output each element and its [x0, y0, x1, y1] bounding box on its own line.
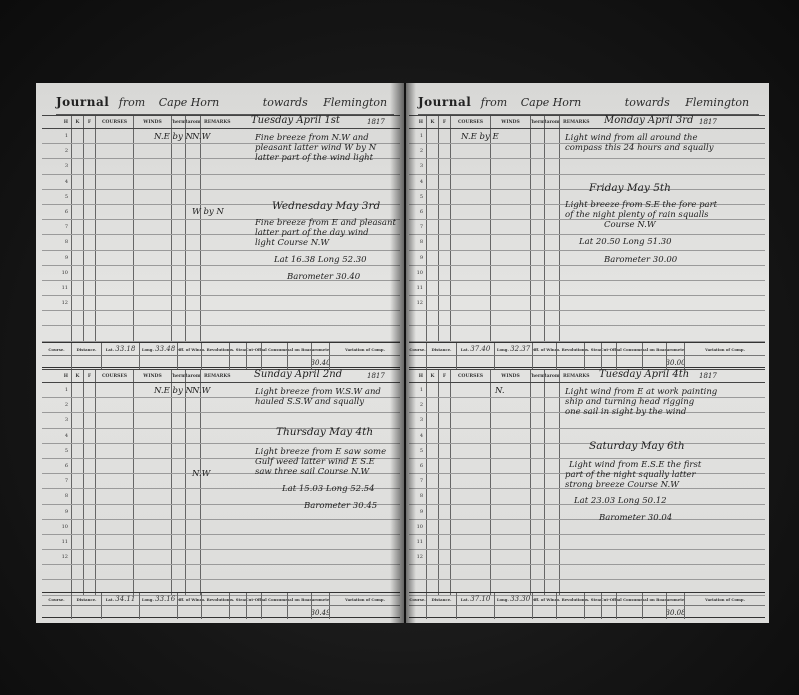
hour-number: 2 [42, 144, 72, 158]
day-header: Thursday May 4th [276, 427, 373, 437]
hour-number: 4 [42, 175, 72, 189]
col-barom: Barom. [186, 370, 201, 382]
hour-number: 8 [42, 489, 72, 503]
hour-number: 10 [42, 520, 72, 534]
summary-label: Lbs. Steam. [585, 593, 602, 605]
hour-number: 7 [409, 474, 427, 488]
summary-label: Barometer. [667, 343, 685, 355]
hour-number: 4 [42, 429, 72, 443]
hour-number: 6 [42, 205, 72, 219]
remark-line: Light breeze from E saw some [255, 447, 386, 457]
hour-number: 4 [409, 175, 427, 189]
winds-entry: N. [495, 386, 505, 396]
long-value: 33.30 [510, 595, 530, 603]
journal-title: Journal from Cape Horn towards Flemingto… [56, 95, 394, 115]
summary-label: Lat. [106, 597, 114, 602]
towards-place: Flemington [685, 96, 749, 109]
remark-line: part of the night squally latter [565, 470, 696, 480]
summary-label: Coal Consumed. [262, 343, 288, 355]
from-place: Cape Horn [521, 96, 582, 109]
barometer-value: 30.49 [312, 606, 330, 619]
hour-number: 7 [409, 220, 427, 234]
lat-value: 34.11 [115, 595, 135, 603]
col-k: K [72, 116, 84, 128]
winds-entry: N.W [192, 386, 210, 396]
hour-number: 7 [42, 474, 72, 488]
lat-value: 37.40 [470, 345, 490, 353]
hour-number: 3 [42, 159, 72, 173]
summary-label: Coal on Board. [288, 593, 312, 605]
hour-number: 1 [409, 129, 427, 143]
right-page: Journal from Cape Horn towards Flemingto… [406, 83, 769, 623]
hour-number: 1 [42, 129, 72, 143]
summary-label: No. Revolutions. [557, 593, 585, 605]
hour-number: 6 [42, 459, 72, 473]
entry-date-header: Sunday April 2nd [254, 370, 342, 380]
summary-label: Cut-Off. [247, 343, 262, 355]
winds-entry: N.W [192, 132, 210, 142]
long-value: 33.48 [155, 345, 175, 353]
courses-entry: N.E by N [154, 132, 193, 142]
remark-line: pleasant latter wind W by N [255, 143, 376, 153]
entry-year: 1817 [699, 371, 717, 381]
summary-label: Coal on Board. [288, 343, 312, 355]
summary-label: Coal Consumed. [617, 343, 643, 355]
summary-label: Lbs. Steam. [230, 593, 247, 605]
lat-value: 37.10 [470, 595, 490, 603]
hour-number: 9 [409, 505, 427, 519]
col-courses: COURSES [96, 116, 134, 128]
hour-number: 9 [42, 505, 72, 519]
hour-number: 10 [409, 520, 427, 534]
col-h: H [42, 370, 72, 382]
col-winds: WINDS [134, 116, 172, 128]
summary-label: Coal on Board. [643, 593, 667, 605]
hour-number: 11 [409, 281, 427, 295]
from-label: from [481, 96, 507, 109]
col-f: F [439, 370, 451, 382]
summary-label: Distance. [427, 593, 457, 605]
summary-label: Course. [409, 593, 427, 605]
col-winds: WINDS [134, 370, 172, 382]
remark-line: ship and turning head rigging [565, 397, 694, 407]
column-header-row: H K F COURSES WINDS Therm. Barom. REMARK… [42, 369, 400, 383]
from-label: from [119, 96, 145, 109]
summary-label: Cut-Off. [602, 593, 617, 605]
summary-label: Course. [42, 593, 72, 605]
col-winds: WINDS [491, 370, 531, 382]
barometer-entry: Barometer 30.45 [304, 501, 377, 511]
col-barom: Barom. [545, 370, 560, 382]
hour-number: 11 [42, 535, 72, 549]
hour-rows: 1 2 3 4 5 6 7 8 9 10 11 12 [409, 129, 765, 342]
hour-number: 10 [409, 266, 427, 280]
barometer-value: 30.08 [667, 606, 685, 619]
hour-number: 12 [42, 550, 72, 564]
barometer-value: 30.00 [667, 356, 685, 369]
hour-number: 8 [42, 235, 72, 249]
courses-entry: N.E by N [154, 386, 193, 396]
entry-year: 1817 [367, 371, 385, 381]
remark-line: latter part of the wind light [255, 153, 373, 163]
remark-line: Light breeze from W.S.W and [255, 387, 381, 397]
log-section-top: H K F COURSES WINDS Therm. Barom. REMARK… [42, 115, 400, 342]
hour-number: 5 [42, 444, 72, 458]
entry-year: 1817 [699, 117, 717, 127]
summary-label: Distance. [72, 593, 102, 605]
remark-line: hauled S.S.W and squally [255, 397, 364, 407]
summary-label: Variation of Comp. [685, 343, 765, 355]
long-value: 33.16 [155, 595, 175, 603]
hour-number: 8 [409, 489, 427, 503]
summary-label: Long. [142, 347, 154, 352]
remark-line: latter part of the day wind [255, 228, 369, 238]
col-h: H [42, 116, 72, 128]
journal-label: Journal [418, 95, 471, 109]
from-place: Cape Horn [159, 96, 220, 109]
summary-label: Cut-Off. [602, 343, 617, 355]
remark-line: light Course N.W [255, 238, 329, 248]
hour-number: 6 [409, 459, 427, 473]
col-k: K [72, 370, 84, 382]
summary-row-top: Course. Distance. Lat. 37.40 Long. 32.37… [409, 342, 765, 368]
hour-number: 11 [42, 281, 72, 295]
hour-number: 9 [42, 251, 72, 265]
col-f: F [84, 370, 96, 382]
position-entry: Lat 20.50 Long 51.30 [579, 237, 672, 247]
day-header: Wednesday May 3rd [272, 201, 380, 211]
col-courses: COURSES [451, 370, 491, 382]
column-header-row: H K F COURSES WINDS Therm. Barom. REMARK… [42, 115, 400, 129]
hour-number: 6 [409, 205, 427, 219]
barometer-entry: Barometer 30.40 [287, 272, 360, 282]
hour-number: 10 [42, 266, 72, 280]
hour-number: 9 [409, 251, 427, 265]
summary-label: Lat. [461, 347, 469, 352]
col-therm: Therm. [172, 370, 186, 382]
remark-line: saw three sail Course N.W [255, 467, 369, 477]
position-entry: Lat 15.03 Long 52.54 [282, 484, 375, 494]
hour-number: 12 [409, 296, 427, 310]
lat-value: 33.18 [115, 345, 135, 353]
summary-label: Long. [497, 347, 509, 352]
hour-number: 4 [409, 429, 427, 443]
col-winds: WINDS [491, 116, 531, 128]
hour-number: 5 [42, 190, 72, 204]
summary-label: No. Revolutions. [557, 343, 585, 355]
summary-label: Course. [42, 343, 72, 355]
summary-label: Coal Consumed. [617, 593, 643, 605]
summary-label: Variation of Comp. [330, 593, 400, 605]
day-header: Friday May 5th [589, 183, 671, 193]
summary-label: Lbs. Steam. [585, 343, 602, 355]
col-h: H [409, 116, 427, 128]
hour-number: 1 [42, 383, 72, 397]
remark-line: of the night plenty of rain squalls [565, 210, 709, 220]
summary-row-top: Course. Distance. Lat. 33.18 Long. 33.48… [42, 342, 400, 368]
barometer-entry: Barometer 30.04 [599, 513, 672, 523]
open-logbook: Journal from Cape Horn towards Flemingto… [36, 83, 769, 623]
entry-date-header: Tuesday April 4th [599, 370, 689, 380]
summary-label: Diff. of Wind. [178, 343, 202, 355]
summary-label: Diff. of Wind. [533, 593, 557, 605]
position-entry: Lat 16.38 Long 52.30 [274, 255, 367, 265]
col-therm: Therm. [531, 370, 545, 382]
col-h: H [409, 370, 427, 382]
remark-line: one sail in sight by the wind [565, 407, 686, 417]
hour-number: 5 [409, 190, 427, 204]
barometer-value: 30.40 [312, 356, 330, 369]
summary-label: Distance. [427, 343, 457, 355]
log-section-bottom: H K F COURSES WINDS Therm. Barom. REMARK… [409, 369, 765, 596]
hour-number: 7 [42, 220, 72, 234]
summary-label: Coal on Board. [643, 343, 667, 355]
courses-entry: N.E by E [461, 132, 499, 142]
remark-line: Fine breeze from E and pleasant [255, 218, 396, 228]
remark-line: Light wind from E.S.E the first [569, 460, 701, 470]
summary-label: Lat. [461, 597, 469, 602]
long-value: 32.37 [510, 345, 530, 353]
summary-label: Lat. [106, 347, 114, 352]
summary-label: Barometer. [667, 593, 685, 605]
col-f: F [439, 116, 451, 128]
towards-place: Flemington [323, 96, 387, 109]
remark-line: compass this 24 hours and squally [565, 143, 714, 153]
hour-number: 1 [409, 383, 427, 397]
hour-number: 3 [409, 159, 427, 173]
hour-number: 8 [409, 235, 427, 249]
col-f: F [84, 116, 96, 128]
summary-label: Distance. [72, 343, 102, 355]
hour-number: 3 [42, 413, 72, 427]
summary-label: Long. [497, 597, 509, 602]
remark-line: strong breeze Course N.W [565, 480, 679, 490]
hour-number: 11 [409, 535, 427, 549]
hour-number: 2 [409, 144, 427, 158]
hour-number: 2 [42, 398, 72, 412]
summary-label: Variation of Comp. [685, 593, 765, 605]
summary-label: Lbs. Steam. [230, 343, 247, 355]
summary-label: Barometer. [312, 343, 330, 355]
summary-label: Cut-Off. [247, 593, 262, 605]
hour-number: 2 [409, 398, 427, 412]
entry-year: 1817 [367, 117, 385, 127]
summary-label: Diff. of Wind. [178, 593, 202, 605]
remark-line: Light breeze from S.E the fore part [565, 200, 717, 210]
journal-title: Journal from Cape Horn towards Flemingto… [418, 95, 759, 115]
remark-line: Light wind from E at work painting [565, 387, 717, 397]
col-k: K [427, 116, 439, 128]
remark-line: Course N.W [604, 220, 656, 230]
towards-label: towards [263, 96, 308, 109]
col-courses: COURSES [451, 116, 491, 128]
entry-date-header: Tuesday April 1st [251, 116, 340, 126]
summary-label: No. Revolutions. [202, 343, 230, 355]
summary-row-bottom: Course. Distance. Lat. 34.11 Long. 33.16… [42, 592, 400, 618]
col-therm: Therm. [531, 116, 545, 128]
summary-label: Diff. of Wind. [533, 343, 557, 355]
col-courses: COURSES [96, 370, 134, 382]
hour-number: 12 [409, 550, 427, 564]
col-barom: Barom. [545, 116, 560, 128]
barometer-entry: Barometer 30.00 [604, 255, 677, 265]
col-k: K [427, 370, 439, 382]
journal-label: Journal [56, 95, 109, 109]
left-page: Journal from Cape Horn towards Flemingto… [36, 83, 404, 623]
col-barom: Barom. [186, 116, 201, 128]
hour-number: 5 [409, 444, 427, 458]
col-therm: Therm. [172, 116, 186, 128]
winds-entry: N.W [192, 469, 210, 479]
log-section-top: H K F COURSES WINDS Therm. Barom. REMARK… [409, 115, 765, 342]
summary-label: Variation of Comp. [330, 343, 400, 355]
hour-number: 12 [42, 296, 72, 310]
winds-entry: W by N [192, 207, 224, 217]
summary-label: Course. [409, 343, 427, 355]
summary-label: Barometer. [312, 593, 330, 605]
hour-number: 3 [409, 413, 427, 427]
remark-line: Gulf weed latter wind E S.E [255, 457, 375, 467]
entry-date-header: Monday April 3rd [604, 116, 693, 126]
day-header: Saturday May 6th [589, 441, 685, 451]
summary-label: No. Revolutions. [202, 593, 230, 605]
summary-label: Long. [142, 597, 154, 602]
remark-line: Light wind from all around the [565, 133, 698, 143]
log-section-bottom: H K F COURSES WINDS Therm. Barom. REMARK… [42, 369, 400, 596]
summary-label: Coal Consumed. [262, 593, 288, 605]
remark-line: Fine breeze from N.W and [255, 133, 369, 143]
summary-row-bottom: Course. Distance. Lat. 37.10 Long. 33.30… [409, 592, 765, 618]
towards-label: towards [625, 96, 670, 109]
position-entry: Lat 23.03 Long 50.12 [574, 496, 667, 506]
